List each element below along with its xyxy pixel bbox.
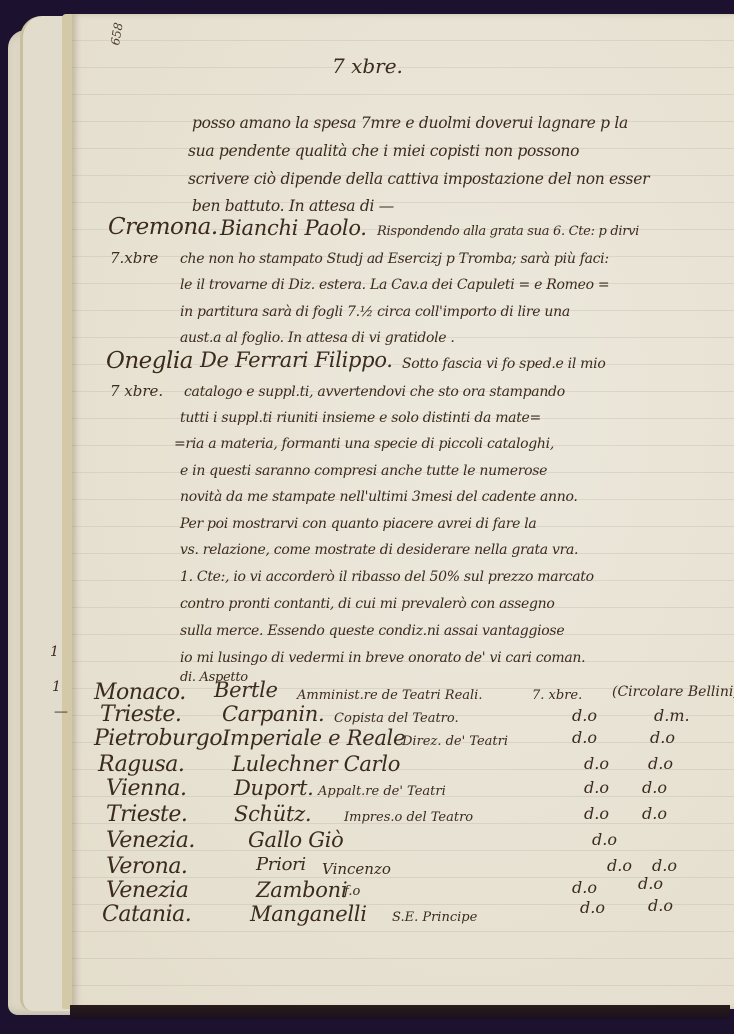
- list-name: Priori: [256, 854, 306, 875]
- list-name: Imperiale e Reale: [222, 726, 405, 750]
- list-date: d.o: [580, 898, 605, 917]
- body-line: Per poi mostrarvi con quanto piacere avr…: [180, 516, 536, 532]
- list-name: Duport.: [234, 776, 314, 800]
- list-city: Venezia.: [106, 828, 195, 853]
- list-role: f.o: [344, 884, 360, 899]
- body-line: aust.a al foglio. In attesa di vi gratid…: [180, 330, 455, 346]
- date-heading: 7 xbre.: [332, 54, 403, 78]
- list-note: d.o: [652, 856, 677, 875]
- list-city: Vienna.: [106, 776, 187, 801]
- list-name: Zamboni: [256, 878, 347, 902]
- body-line: Rispondendo alla grata sua 6. Cte: p dir…: [377, 224, 639, 239]
- list-date: d.o: [584, 754, 609, 773]
- list-city: Trieste.: [100, 702, 181, 727]
- list-city: Pietroburgo.: [94, 726, 228, 751]
- entry-name: Bianchi Paolo.: [220, 216, 367, 240]
- list-date: d.o: [572, 878, 597, 897]
- list-role: Copista del Teatro.: [334, 711, 459, 726]
- body-line: scrivere ciò dipende della cattiva impos…: [188, 170, 649, 188]
- body-line: sua pendente qualità che i miei copisti …: [188, 142, 579, 160]
- entry-city: Oneglia: [106, 348, 193, 374]
- body-line: vs. relazione, come mostrate di desidera…: [180, 542, 578, 558]
- list-name: Carpanin.: [222, 702, 324, 726]
- body-line: io mi lusingo di vedermi in breve onorat…: [180, 650, 585, 666]
- body-line: =ria a materia, formanti una specie di p…: [174, 436, 554, 452]
- page-bottom-shadow: [70, 1005, 730, 1019]
- list-note: d.m.: [654, 706, 690, 725]
- body-line: ben battuto. In attesa di —: [192, 197, 394, 215]
- list-name: Bertle: [214, 678, 278, 702]
- list-date: d.o: [607, 856, 632, 875]
- list-note: d.o: [642, 778, 667, 797]
- list-name: Lulechner Carlo: [232, 752, 400, 776]
- list-note: d.o: [650, 728, 675, 747]
- list-role: Appalt.re de' Teatri: [318, 784, 446, 799]
- list-city: Verona.: [106, 854, 187, 879]
- list-date: d.o: [584, 804, 609, 823]
- body-line: novità da me stampate nell'ultimi 3mesi …: [180, 489, 578, 505]
- list-city: Trieste.: [106, 802, 187, 827]
- list-date: d.o: [584, 778, 609, 797]
- list-date: d.o: [592, 830, 617, 849]
- body-line: 1. Cte:, io vi accorderò il ribasso del …: [180, 569, 594, 585]
- list-note: d.o: [648, 896, 673, 915]
- entry-date: 7.xbre: [110, 249, 158, 267]
- body-line: Sotto fascia vi fo sped.e il mio: [402, 356, 605, 372]
- body-line: in partitura sarà di fogli 7.½ circa col…: [180, 304, 570, 320]
- list-date: 7. xbre.: [532, 688, 582, 703]
- list-city: Venezia: [106, 878, 188, 903]
- list-name: Gallo Giò: [248, 828, 343, 852]
- list-city: Catania.: [102, 902, 191, 927]
- body-line: contro pronti contanti, di cui mi preval…: [180, 596, 554, 612]
- list-role: S.E. Principe: [392, 910, 477, 925]
- body-line: tutti i suppl.ti riuniti insieme e solo …: [180, 410, 541, 426]
- margin-mark: 1: [50, 644, 59, 660]
- entry-date: 7 xbre.: [110, 382, 163, 400]
- list-role: Impres.o del Teatro: [344, 810, 473, 825]
- margin-mark: —: [54, 704, 68, 720]
- manuscript-page: 658 7 xbre. posso amano la spesa 7mre e …: [62, 14, 734, 1009]
- list-name: Schütz.: [234, 802, 311, 826]
- body-line: e in questi saranno compresi anche tutte…: [180, 463, 547, 479]
- list-role: Direz. de' Teatri: [402, 734, 508, 749]
- list-note: d.o: [638, 874, 663, 893]
- list-role: Vincenzo: [322, 860, 391, 878]
- list-date: d.o: [572, 728, 597, 747]
- body-line: catalogo e suppl.ti, avvertendovi che st…: [184, 384, 565, 400]
- list-role: Amminist.re de Teatri Reali.: [297, 688, 482, 703]
- list-date: d.o: [572, 706, 597, 725]
- entry-name: De Ferrari Filippo.: [200, 348, 393, 372]
- body-line: che non ho stampato Studj ad Esercizj p …: [180, 251, 609, 267]
- list-note: d.o: [642, 804, 667, 823]
- list-note: d.o: [648, 754, 673, 773]
- entry-city: Cremona.: [108, 214, 218, 240]
- margin-mark: 1: [52, 679, 61, 695]
- folio-number: 658: [108, 21, 126, 46]
- list-city: Ragusa.: [98, 752, 184, 777]
- body-line: posso amano la spesa 7mre e duolmi dover…: [192, 114, 628, 132]
- body-line: sulla merce. Essendo queste condiz.ni as…: [180, 623, 564, 639]
- list-name: Manganelli: [250, 902, 367, 926]
- list-note: (Circolare Bellini): [612, 684, 734, 700]
- body-line: le il trovarne di Diz. estera. La Cav.a …: [180, 277, 609, 293]
